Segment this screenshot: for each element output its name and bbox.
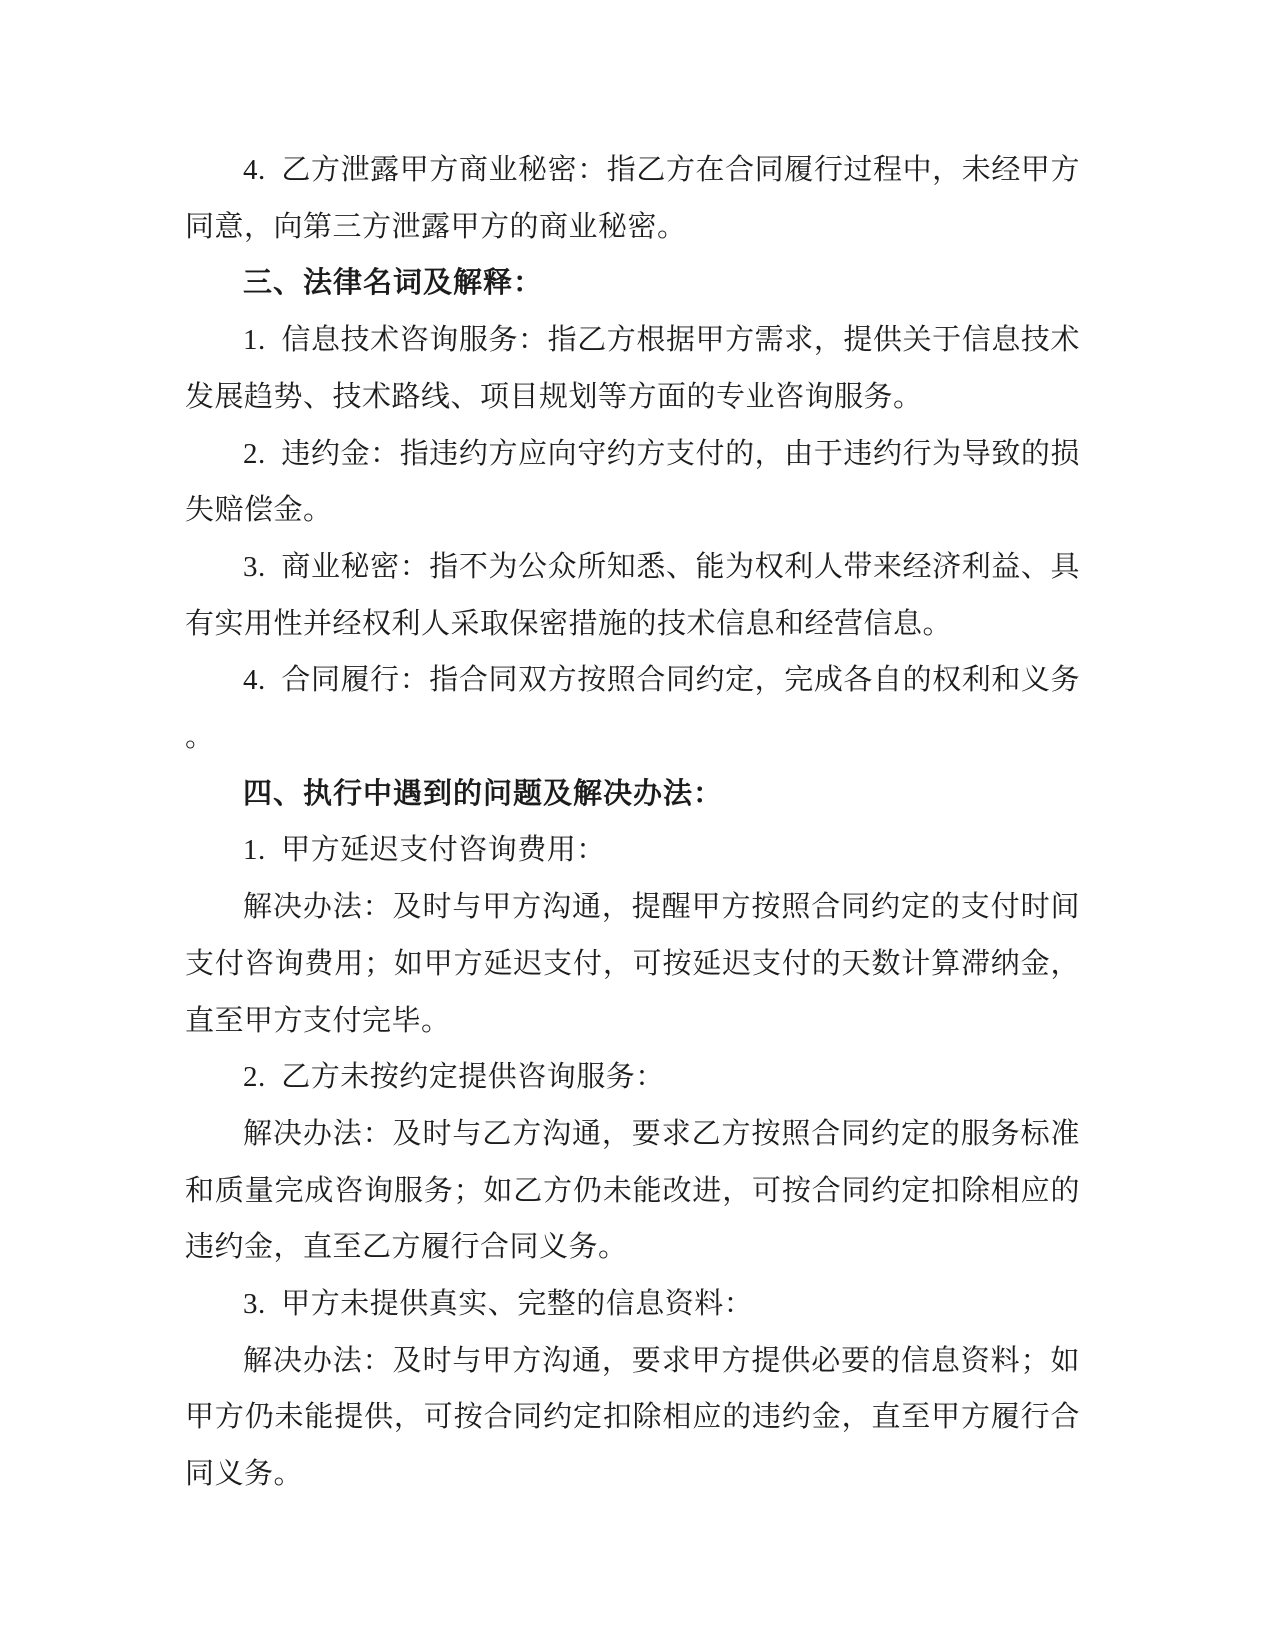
heading-line: 三、法律名词及解释：: [185, 255, 1080, 312]
text-line: 支付咨询费用；如甲方延迟支付，可按延迟支付的天数计算滞纳金，: [185, 936, 1080, 993]
text-line: 3. 商业秘密：指不为公众所知悉、能为权利人带来经济利益、具: [185, 539, 1080, 596]
text-line: 1. 信息技术咨询服务：指乙方根据甲方需求，提供关于信息技术: [185, 312, 1080, 369]
text-line: 解决办法：及时与甲方沟通，要求甲方提供必要的信息资料；如: [185, 1333, 1080, 1390]
text-line: 发展趋势、技术路线、项目规划等方面的专业咨询服务。: [185, 369, 1080, 426]
section-heading: 四、执行中遇到的问题及解决办法：: [185, 766, 1080, 823]
paragraph: 2. 乙方未按约定提供咨询服务：: [185, 1049, 1080, 1106]
text-line: 直至甲方支付完毕。: [185, 993, 1080, 1050]
text-line: 2. 乙方未按约定提供咨询服务：: [185, 1049, 1080, 1106]
paragraph: 3. 商业秘密：指不为公众所知悉、能为权利人带来经济利益、具 有实用性并经权利人…: [185, 539, 1080, 652]
paragraph: 2. 违约金：指违约方应向守约方支付的，由于违约行为导致的损 失赔偿金。: [185, 426, 1080, 539]
section-heading: 三、法律名词及解释：: [185, 255, 1080, 312]
text-line: 解决办法：及时与乙方沟通，要求乙方按照合同约定的服务标准: [185, 1106, 1080, 1163]
paragraph: 1. 信息技术咨询服务：指乙方根据甲方需求，提供关于信息技术 发展趋势、技术路线…: [185, 312, 1080, 425]
paragraph: 解决办法：及时与乙方沟通，要求乙方按照合同约定的服务标准 和质量完成咨询服务；如…: [185, 1106, 1080, 1276]
heading-line: 四、执行中遇到的问题及解决办法：: [185, 766, 1080, 823]
paragraph: 1. 甲方延迟支付咨询费用：: [185, 822, 1080, 879]
text-line: 失赔偿金。: [185, 482, 1080, 539]
paragraph: 解决办法：及时与甲方沟通，提醒甲方按照合同约定的支付时间 支付咨询费用；如甲方延…: [185, 879, 1080, 1049]
text-line: 3. 甲方未提供真实、完整的信息资料：: [185, 1276, 1080, 1333]
document-content: 4. 乙方泄露甲方商业秘密：指乙方在合同履行过程中，未经甲方 同意，向第三方泄露…: [185, 142, 1080, 1503]
text-line: 有实用性并经权利人采取保密措施的技术信息和经营信息。: [185, 596, 1080, 653]
text-line: 违约金，直至乙方履行合同义务。: [185, 1219, 1080, 1276]
text-line: 同意，向第三方泄露甲方的商业秘密。: [185, 199, 1080, 256]
text-line: 和质量完成咨询服务；如乙方仍未能改进，可按合同约定扣除相应的: [185, 1163, 1080, 1220]
paragraph: 4. 乙方泄露甲方商业秘密：指乙方在合同履行过程中，未经甲方 同意，向第三方泄露…: [185, 142, 1080, 255]
document-page: 4. 乙方泄露甲方商业秘密：指乙方在合同履行过程中，未经甲方 同意，向第三方泄露…: [0, 0, 1275, 1650]
paragraph: 3. 甲方未提供真实、完整的信息资料：: [185, 1276, 1080, 1333]
paragraph: 解决办法：及时与甲方沟通，要求甲方提供必要的信息资料；如 甲方仍未能提供，可按合…: [185, 1333, 1080, 1503]
text-line: 甲方仍未能提供，可按合同约定扣除相应的违约金，直至甲方履行合: [185, 1389, 1080, 1446]
text-line: 解决办法：及时与甲方沟通，提醒甲方按照合同约定的支付时间: [185, 879, 1080, 936]
text-line: 同义务。: [185, 1446, 1080, 1503]
text-line: 4. 合同履行：指合同双方按照合同约定，完成各自的权利和义务: [185, 652, 1080, 709]
text-line: 1. 甲方延迟支付咨询费用：: [185, 822, 1080, 879]
paragraph: 4. 合同履行：指合同双方按照合同约定，完成各自的权利和义务 。: [185, 652, 1080, 765]
text-line: 。: [185, 709, 1080, 766]
text-line: 4. 乙方泄露甲方商业秘密：指乙方在合同履行过程中，未经甲方: [185, 142, 1080, 199]
text-line: 2. 违约金：指违约方应向守约方支付的，由于违约行为导致的损: [185, 426, 1080, 483]
